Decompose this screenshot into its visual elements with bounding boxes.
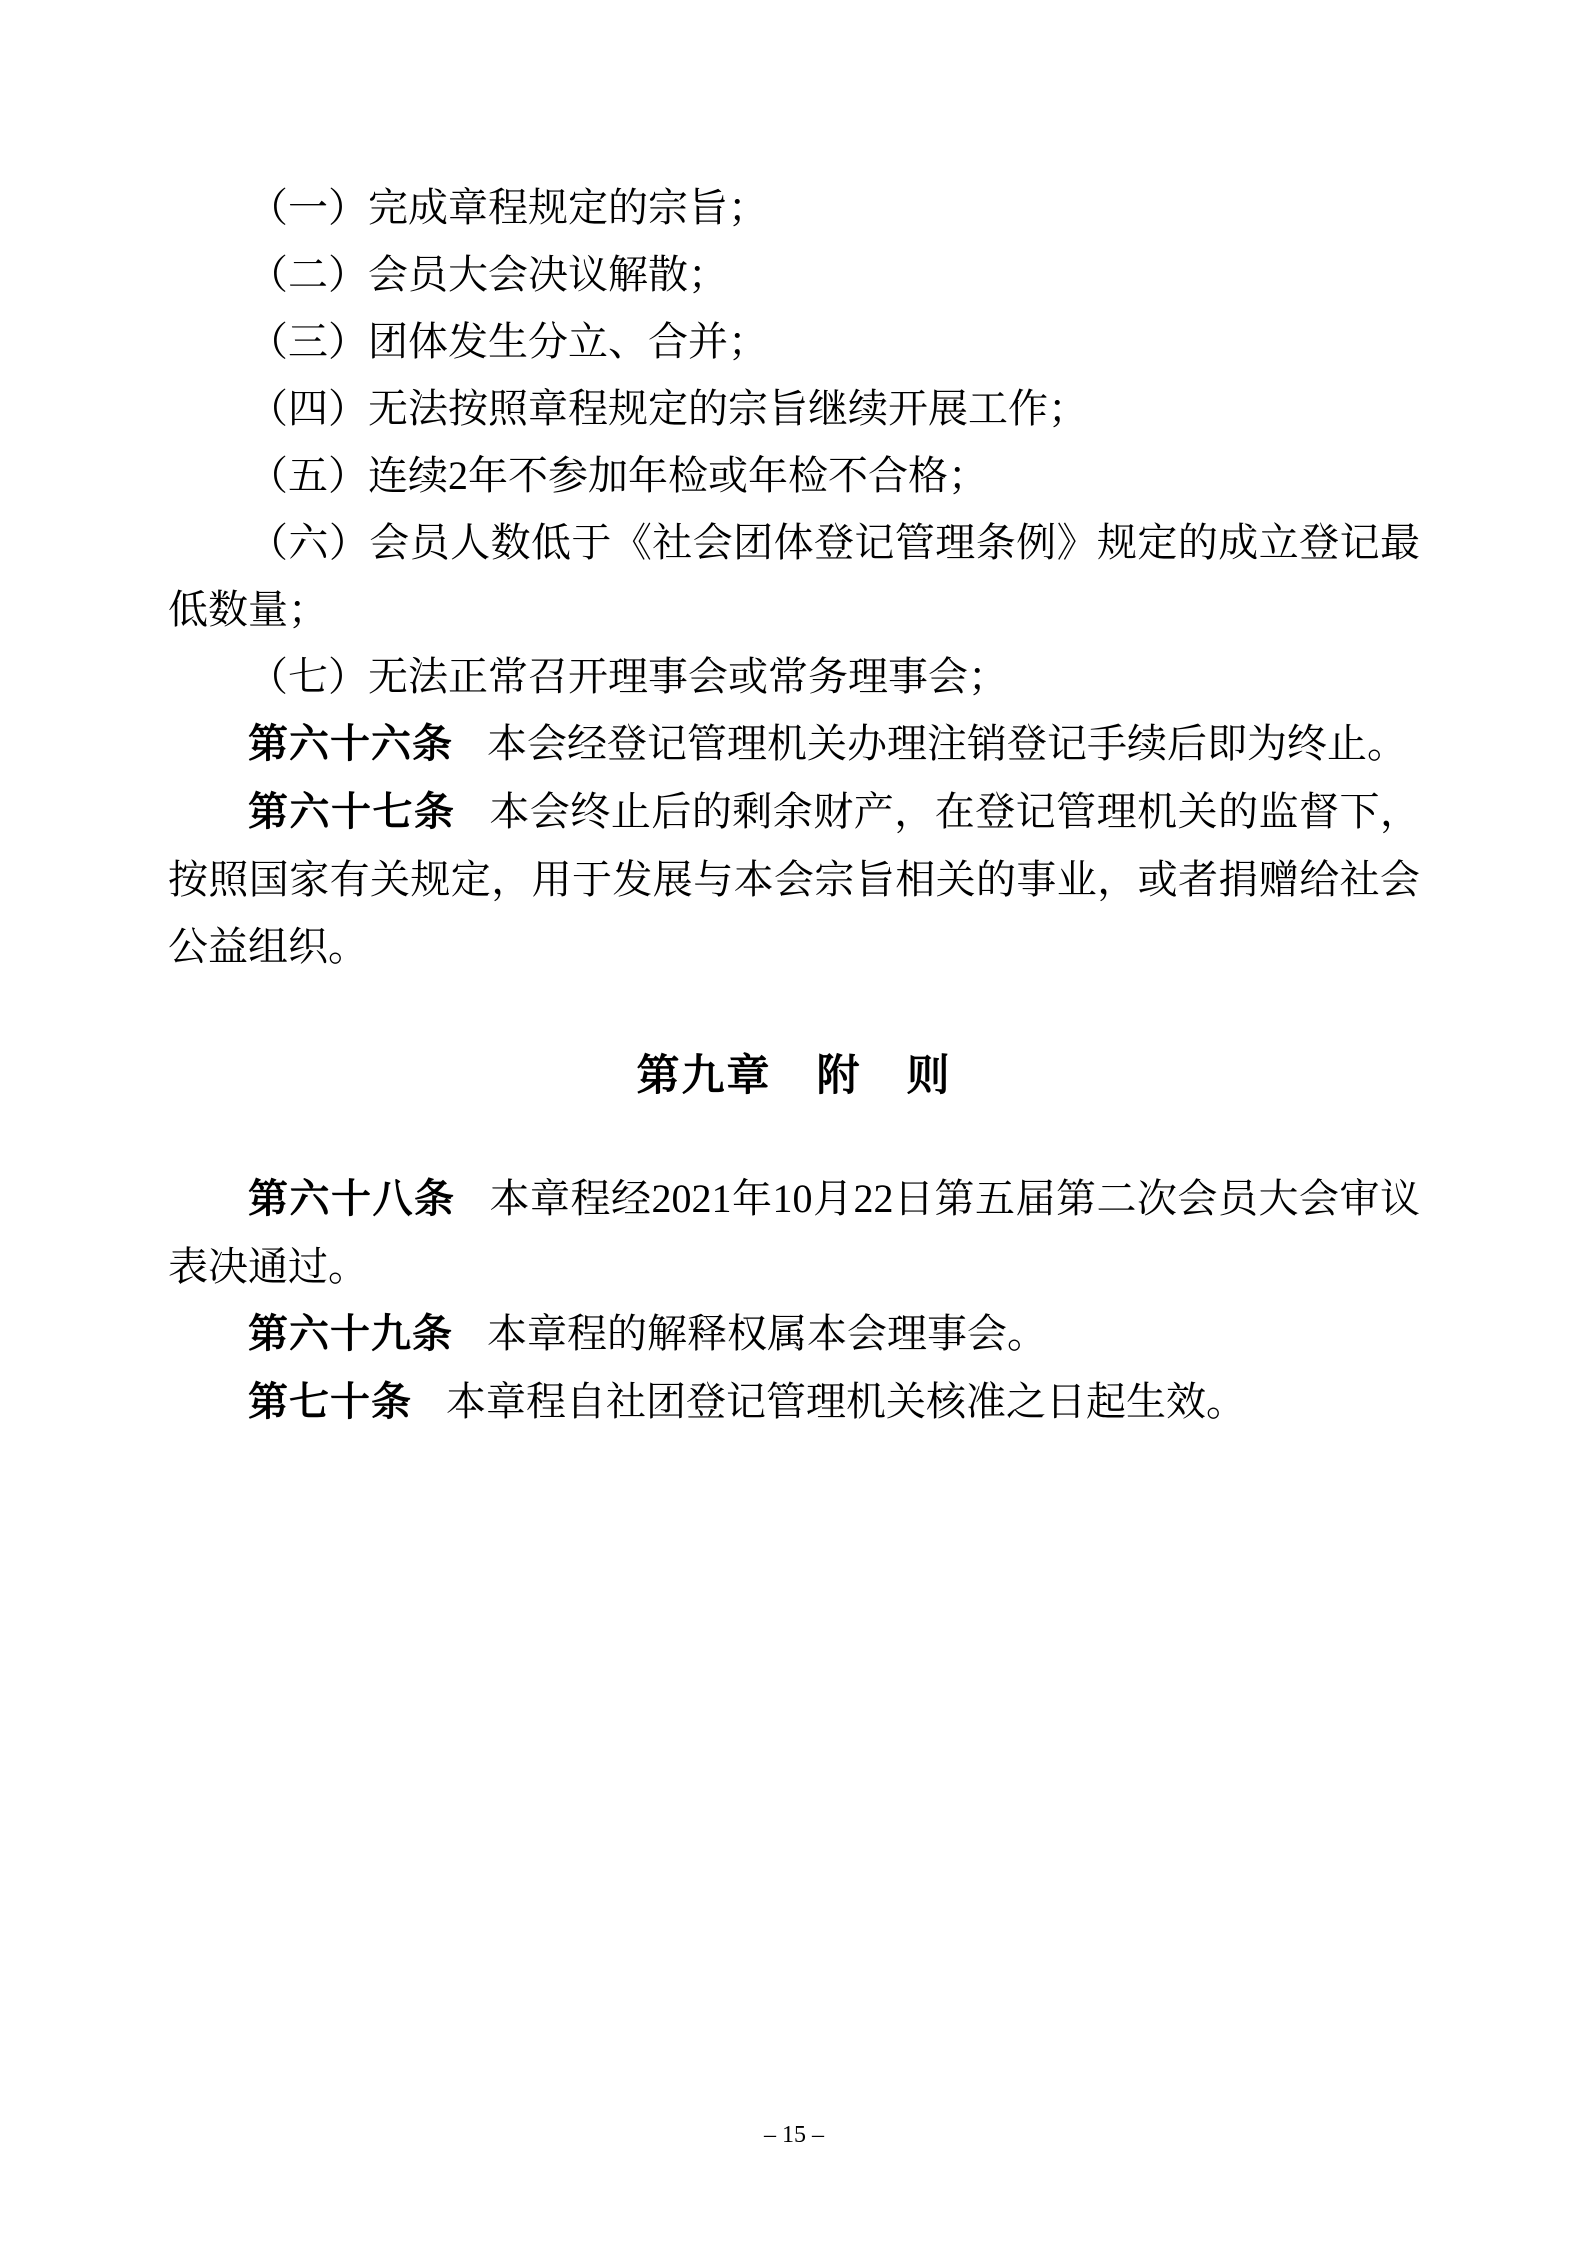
article-66: 第六十六条本会经登记管理机关办理注销登记手续后即为终止。 xyxy=(168,710,1420,778)
clause-item-7: （七）无法正常召开理事会或常务理事会； xyxy=(168,643,1420,710)
article-66-text: 本会经登记管理机关办理注销登记手续后即为终止。 xyxy=(487,721,1407,766)
article-70: 第七十条本章程自社团登记管理机关核准之日起生效。 xyxy=(168,1368,1420,1436)
article-66-number: 第六十六条 xyxy=(248,722,453,766)
article-67: 第六十七条本会终止后的剩余财产，在登记管理机关的监督下，按照国家有关规定，用于发… xyxy=(168,778,1420,980)
clause-item-2: （二）会员大会决议解散； xyxy=(168,241,1420,308)
document-page: （一）完成章程规定的宗旨； （二）会员大会决议解散； （三）团体发生分立、合并；… xyxy=(0,0,1588,2245)
article-69: 第六十九条本章程的解释权属本会理事会。 xyxy=(168,1300,1420,1368)
clause-item-6: （六）会员人数低于《社会团体登记管理条例》规定的成立登记最低数量； xyxy=(168,509,1420,643)
clause-item-1: （一）完成章程规定的宗旨； xyxy=(168,174,1420,241)
clause-item-5: （五）连续2年不参加年检或年检不合格； xyxy=(168,442,1420,509)
article-68: 第六十八条本章程经2021年10月22日第五届第二次会员大会审议表决通过。 xyxy=(168,1165,1420,1300)
article-69-text: 本章程的解释权属本会理事会。 xyxy=(487,1311,1047,1356)
article-70-text: 本章程自社团登记管理机关核准之日起生效。 xyxy=(446,1379,1246,1424)
article-68-number: 第六十八条 xyxy=(248,1177,456,1221)
clause-item-4: （四）无法按照章程规定的宗旨继续开展工作； xyxy=(168,375,1420,442)
document-body: （一）完成章程规定的宗旨； （二）会员大会决议解散； （三）团体发生分立、合并；… xyxy=(168,174,1420,1436)
chapter-heading: 第九章 附 则 xyxy=(168,1043,1420,1110)
page-number: – 15 – xyxy=(0,2118,1588,2152)
clause-item-3: （三）团体发生分立、合并； xyxy=(168,308,1420,375)
article-69-number: 第六十九条 xyxy=(248,1312,453,1356)
article-70-number: 第七十条 xyxy=(248,1380,412,1424)
article-67-number: 第六十七条 xyxy=(248,790,455,834)
